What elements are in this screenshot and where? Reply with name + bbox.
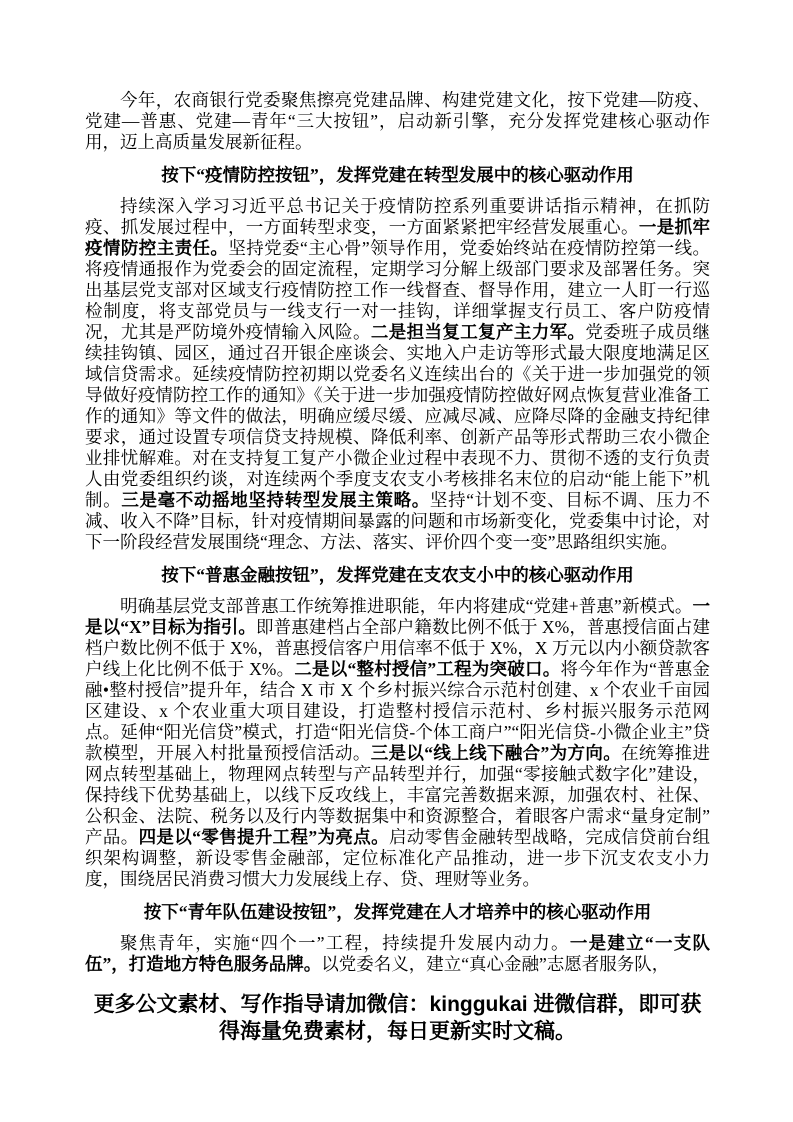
paragraph-run: 明确基层党支部普惠工作统筹推进职能，年内将建成“党建+普惠”新模式。 xyxy=(120,596,693,616)
section-heading-inclusive-finance: 按下“普惠金融按钮”，发挥党建在支农支小中的核心驱动作用 xyxy=(85,565,710,586)
inline-subhead-run: 三是毫不动摇地坚持转型发展主策略。 xyxy=(121,490,430,510)
paragraph-run: 持续深入学习习近平总书记关于疫情防控系列重要讲话指示精神，在抓防疫、抓发展过程中… xyxy=(85,196,710,237)
intro-paragraph-run: 今年，农商银行党委聚焦擦亮党建品牌、构建党建文化，按下党建—防疫、党建—普惠、党… xyxy=(85,90,710,152)
paragraph-run: 聚焦青年，实施“四个一”工程，持续提升发展内动力。 xyxy=(120,933,570,953)
inline-subhead-run: 二是担当复工复产主力军。 xyxy=(371,322,585,342)
inline-subhead-run: 四是以“零售提升工程”为亮点。 xyxy=(139,827,389,847)
paragraph-run: 以党委名义，建立“真心金融”志愿者服务队， xyxy=(321,954,669,974)
document-page: 今年，农商银行党委聚焦擦亮党建品牌、构建党建文化，按下党建—防疫、党建—普惠、党… xyxy=(0,0,793,1122)
section-heading-epidemic: 按下“疫情防控按钮”，发挥党建在转型发展中的核心驱动作用 xyxy=(85,165,710,186)
section-paragraph-epidemic: 持续深入学习习近平总书记关于疫情防控系列重要讲话指示精神，在抓防疫、抓发展过程中… xyxy=(85,196,710,553)
intro-paragraph: 今年，农商银行党委聚焦擦亮党建品牌、构建党建文化，按下党建—防疫、党建—普惠、党… xyxy=(85,90,710,153)
promo-footer-text: 更多公文素材、写作指导请加微信：kinggukai 进微信群，即可获得海量免费素… xyxy=(85,991,710,1045)
document-content: 今年，农商银行党委聚焦擦亮党建品牌、构建党建文化，按下党建—防疫、党建—普惠、党… xyxy=(85,90,710,1045)
section-paragraph-youth-team: 聚焦青年，实施“四个一”工程，持续提升发展内动力。一是建立“一支队伍”，打造地方… xyxy=(85,933,710,975)
section-heading-youth-team: 按下“青年队伍建设按钮”，发挥党建在人才培养中的核心驱动作用 xyxy=(85,902,710,923)
inline-subhead-run: 二是以“整村授信”工程为突破口。 xyxy=(294,659,560,679)
inline-subhead-run: 三是以“线上线下融合”为方向。 xyxy=(371,743,621,763)
paragraph-run: 党委班子成员继续挂钩镇、园区，通过召开银企座谈会、实地入户走访等形式最大限度地满… xyxy=(85,322,710,510)
section-paragraph-inclusive-finance: 明确基层党支部普惠工作统筹推进职能，年内将建成“党建+普惠”新模式。一是以“X”… xyxy=(85,596,710,890)
